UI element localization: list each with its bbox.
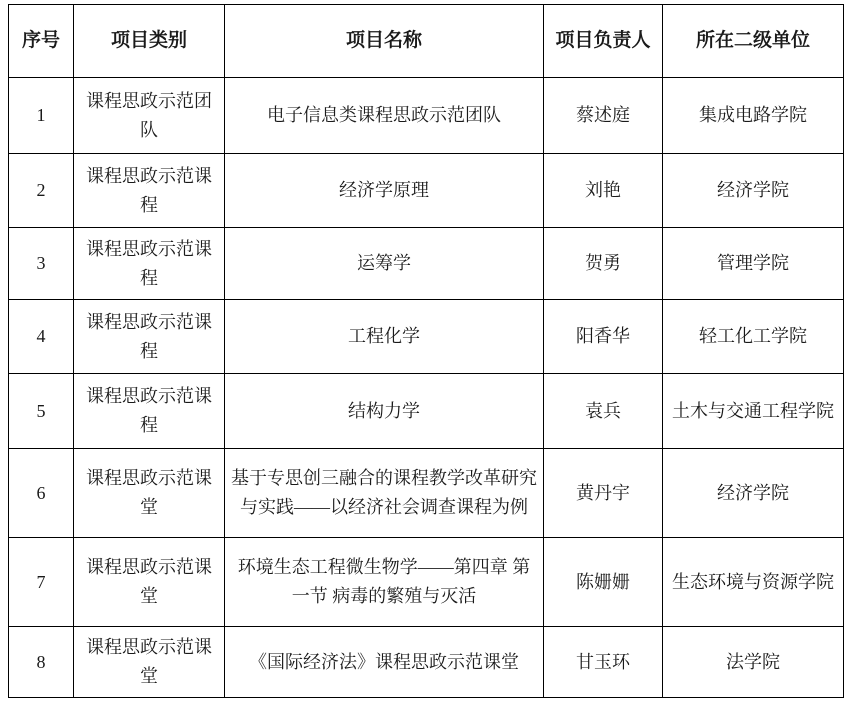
cell-unit: 法学院: [663, 627, 844, 698]
cell-leader: 贺勇: [544, 228, 663, 300]
cell-project-name: 《国际经济法》课程思政示范课堂: [225, 627, 544, 698]
cell-number: 2: [9, 154, 74, 228]
table-row: 4 课程思政示范课 程 工程化学 阳香华 轻工化工学院: [9, 300, 844, 374]
cell-project-name: 经济学原理: [225, 154, 544, 228]
cell-unit: 管理学院: [663, 228, 844, 300]
table-row: 2 课程思政示范课 程 经济学原理 刘艳 经济学院: [9, 154, 844, 228]
projects-table: 序号 项目类别 项目名称 项目负责人 所在二级单位 1 课程思政示范团 队 电子…: [8, 4, 844, 698]
cell-unit: 经济学院: [663, 449, 844, 538]
cell-category: 课程思政示范课 程: [74, 374, 225, 449]
cell-category: 课程思政示范课 程: [74, 154, 225, 228]
cell-unit: 土木与交通工程学院: [663, 374, 844, 449]
cell-number: 6: [9, 449, 74, 538]
header-leader: 项目负责人: [544, 5, 663, 78]
cell-leader: 甘玉环: [544, 627, 663, 698]
cell-number: 3: [9, 228, 74, 300]
cell-unit: 经济学院: [663, 154, 844, 228]
cell-unit: 集成电路学院: [663, 78, 844, 154]
cell-project-name: 电子信息类课程思政示范团队: [225, 78, 544, 154]
cell-category: 课程思政示范课 程: [74, 228, 225, 300]
table-row: 8 课程思政示范课 堂 《国际经济法》课程思政示范课堂 甘玉环 法学院: [9, 627, 844, 698]
cell-number: 1: [9, 78, 74, 154]
table-row: 1 课程思政示范团 队 电子信息类课程思政示范团队 蔡述庭 集成电路学院: [9, 78, 844, 154]
header-number: 序号: [9, 5, 74, 78]
cell-leader: 阳香华: [544, 300, 663, 374]
table-row: 5 课程思政示范课 程 结构力学 袁兵 土木与交通工程学院: [9, 374, 844, 449]
cell-category: 课程思政示范团 队: [74, 78, 225, 154]
cell-number: 7: [9, 538, 74, 627]
cell-project-name: 基于专思创三融合的课程教学改革研究 与实践——以经济社会调查课程为例: [225, 449, 544, 538]
cell-project-name: 工程化学: [225, 300, 544, 374]
cell-leader: 陈姗姗: [544, 538, 663, 627]
header-unit: 所在二级单位: [663, 5, 844, 78]
cell-leader: 刘艳: [544, 154, 663, 228]
cell-project-name: 结构力学: [225, 374, 544, 449]
table-row: 7 课程思政示范课 堂 环境生态工程微生物学——第四章 第 一节 病毒的繁殖与灭…: [9, 538, 844, 627]
cell-leader: 黄丹宇: [544, 449, 663, 538]
cell-number: 4: [9, 300, 74, 374]
cell-category: 课程思政示范课 程: [74, 300, 225, 374]
table-header-row: 序号 项目类别 项目名称 项目负责人 所在二级单位: [9, 5, 844, 78]
cell-category: 课程思政示范课 堂: [74, 538, 225, 627]
table-row: 6 课程思政示范课 堂 基于专思创三融合的课程教学改革研究 与实践——以经济社会…: [9, 449, 844, 538]
cell-number: 8: [9, 627, 74, 698]
cell-unit: 生态环境与资源学院: [663, 538, 844, 627]
cell-project-name: 运筹学: [225, 228, 544, 300]
table-row: 3 课程思政示范课 程 运筹学 贺勇 管理学院: [9, 228, 844, 300]
header-project-name: 项目名称: [225, 5, 544, 78]
cell-category: 课程思政示范课 堂: [74, 627, 225, 698]
header-category: 项目类别: [74, 5, 225, 78]
cell-leader: 袁兵: [544, 374, 663, 449]
cell-project-name: 环境生态工程微生物学——第四章 第 一节 病毒的繁殖与灭活: [225, 538, 544, 627]
cell-unit: 轻工化工学院: [663, 300, 844, 374]
cell-leader: 蔡述庭: [544, 78, 663, 154]
cell-category: 课程思政示范课 堂: [74, 449, 225, 538]
cell-number: 5: [9, 374, 74, 449]
